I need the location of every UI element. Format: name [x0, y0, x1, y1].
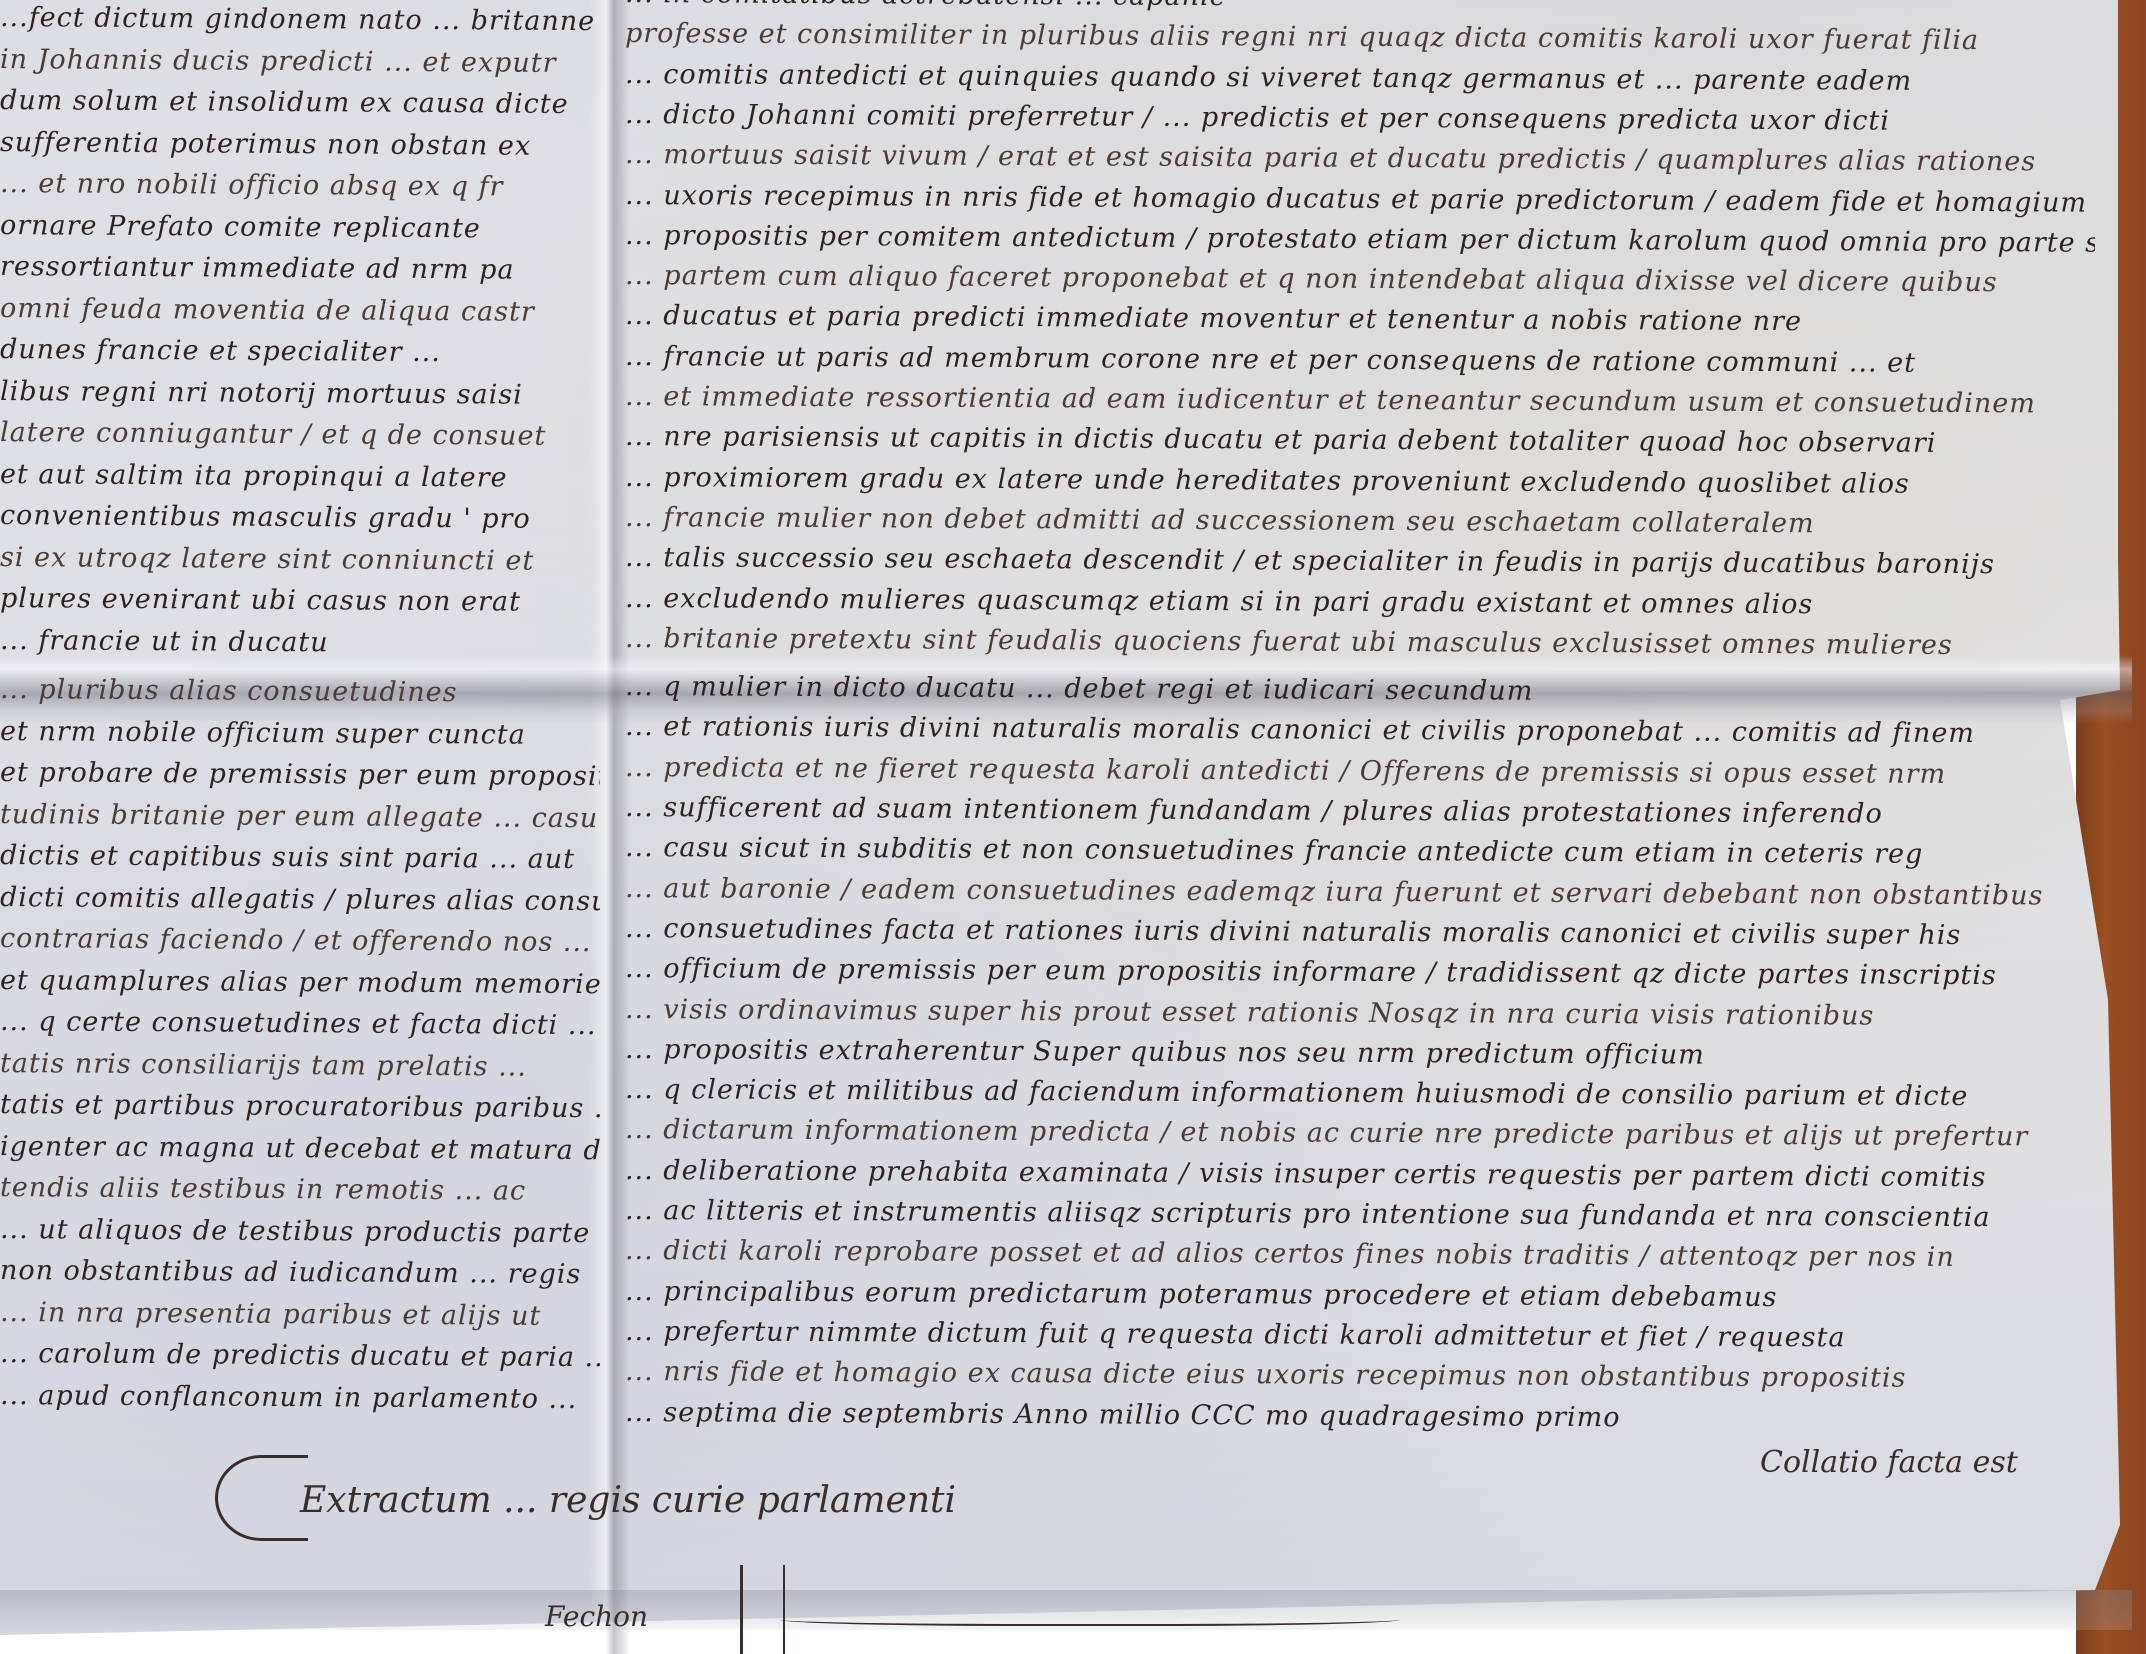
extractum-signature: Extractum ... regis curie parlamenti [300, 1480, 956, 1521]
paraph-flourish-icon [780, 1610, 1400, 1626]
manuscript-line: non obstantibus ad iudicandum ... regis [0, 1255, 600, 1290]
manuscript-line: omni feuda moventia de aliqua castr [0, 293, 600, 328]
manuscript-line: dicti comitis allegatis / plures alias c… [0, 882, 600, 917]
manuscript-line: et quamplures alias per modum memorie [0, 965, 600, 1000]
manuscript-line: tatis nris consiliarijs tam prelatis ... [0, 1048, 600, 1083]
manuscript-line: igenter ac magna ut decebat et matura de… [0, 1131, 600, 1166]
manuscript-line: ... in nra presentia paribus et alijs ut [0, 1297, 600, 1332]
manuscript-line: tatis et partibus procuratoribus paribus… [0, 1089, 600, 1124]
manuscript-line: dunes francie et specialiter ... [0, 334, 600, 369]
clerk-signature: Fechon [545, 1600, 648, 1633]
manuscript-line: et aut saltim ita propinqui a latere [0, 459, 600, 494]
manuscript-line: ... q certe consuetudines et facta dicti… [0, 1006, 600, 1041]
manuscript-line: ...fect dictum gindonem nato ... britann… [0, 2, 600, 37]
manuscript-line: plures evenirant ubi casus non erat [0, 583, 600, 618]
manuscript-line: ... francie ut in ducatu [0, 625, 600, 660]
manuscript-line: dum solum et insolidum ex causa dicte [0, 85, 600, 120]
manuscript-line: ... apud conflanconum in parlamento ... [0, 1380, 600, 1415]
manuscript-line: ... pluribus alias consuetudines [0, 674, 600, 709]
manuscript-line: ... et nro nobili officio absq ex q fr [0, 168, 600, 203]
manuscript-line: si ex utroqz latere sint conniuncti et [0, 542, 600, 577]
extractum-flourish-icon [215, 1455, 308, 1541]
manuscript-line: sufferentia poterimus non obstan ex [0, 127, 600, 162]
paraph-mark-icon [740, 1565, 785, 1654]
manuscript-line: ressortiantur immediate ad nrm pa [0, 251, 600, 286]
manuscript-line: latere conniugantur / et q de consuet [0, 417, 600, 452]
manuscript-line: tudinis britanie per eum allegate ... ca… [0, 799, 600, 834]
manuscript-line: ... ut aliquos de testibus productis par… [0, 1214, 600, 1249]
manuscript-line: et nrm nobile officium super cuncta [0, 716, 600, 751]
collation-note: Collatio facta est [1760, 1445, 2018, 1480]
manuscript-line: libus regni nri notorij mortuus saisi [0, 376, 600, 411]
manuscript-line: contrarias faciendo / et offerendo nos .… [0, 923, 600, 958]
manuscript-line: dictis et capitibus suis sint paria ... … [0, 840, 600, 875]
manuscript-line: et probare de premissis per eum proposit… [0, 757, 600, 792]
manuscript-line: convenientibus masculis gradu ' pro [0, 500, 600, 535]
manuscript-line: ... carolum de predictis ducatu et paria… [0, 1338, 600, 1373]
manuscript-line: ornare Prefato comite replicante [0, 210, 600, 245]
manuscript-line: in Johannis ducis predicti ... et exputr [0, 44, 600, 79]
manuscript-line: tendis aliis testibus in remotis ... ac [0, 1172, 600, 1207]
